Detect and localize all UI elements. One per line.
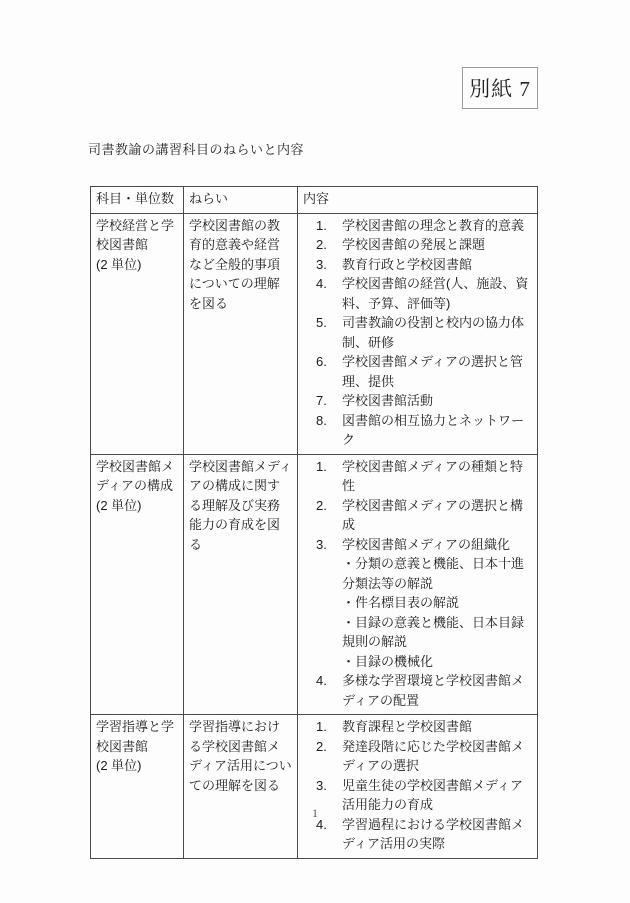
subject-units: (2 単位) [96, 255, 178, 275]
subject-units: (2 単位) [96, 496, 178, 516]
content-list: 1.学校図書館の理念と教育的意義2.学校図書館の発展と課題3.教育行政と学校図書… [303, 216, 532, 450]
content-item: 3.教育行政と学校図書館 [303, 255, 532, 275]
content-item: 5.司書教諭の役割と校内の協力体制、研修 [303, 313, 532, 352]
item-text: ・目録の機械化 [342, 652, 532, 672]
content-item: 2.発達段階に応じた学校図書館メディアの選択 [303, 737, 532, 776]
item-text: 学校図書館メディアの組織化 [342, 535, 532, 555]
content-subitem: ・目録の機械化 [303, 652, 532, 672]
content-item: 7.学校図書館活動 [303, 391, 532, 411]
item-text: 学校図書館の理念と教育的意義 [342, 216, 532, 236]
page-title: 司書教諭の講習科目のねらいと内容 [88, 139, 304, 158]
item-number [316, 613, 342, 652]
item-text: 司書教諭の役割と校内の協力体制、研修 [342, 313, 532, 352]
item-number: 7. [316, 391, 342, 411]
item-number: 2. [316, 496, 342, 535]
item-number: 3. [316, 255, 342, 275]
subject-cell: 学習指導と学校図書館 (2 単位) [91, 715, 184, 859]
content-item: 4.多様な学習環境と学校図書館メディアの配置 [303, 671, 532, 710]
content-cell: 1.学校図書館メディアの種類と特性2.学校図書館メディアの選択と構成3.学校図書… [298, 454, 538, 715]
item-number: 3. [316, 535, 342, 555]
item-number [316, 652, 342, 672]
item-text: ・件名標目表の解説 [342, 593, 532, 613]
course-table: 科目・単位数 ねらい 内容 学校経営と学校図書館 (2 単位) 学校図書館の教育… [90, 186, 538, 859]
item-number: 2. [316, 737, 342, 776]
aim-text: 学校図書館の教育的意義や経営など全般的事項についての理解を図る [189, 216, 292, 314]
item-number: 4. [316, 671, 342, 710]
header-aim: ねらい [184, 187, 298, 214]
item-text: 教育課程と学校図書館 [342, 717, 532, 737]
item-text: 学校図書館の経営(人、施設、資料、予算、評価等) [342, 274, 532, 313]
content-list: 1.学校図書館メディアの種類と特性2.学校図書館メディアの選択と構成3.学校図書… [303, 457, 532, 711]
page-number: 1 [0, 806, 630, 821]
content-item: 6.学校図書館メディアの選択と管理、提供 [303, 352, 532, 391]
document-page: 別紙 7 司書教諭の講習科目のねらいと内容 科目・単位数 ねらい 内容 学校経営… [0, 0, 630, 903]
subject-cell: 学校経営と学校図書館 (2 単位) [91, 213, 184, 454]
aim-cell: 学校図書館メディアの構成に関する理解及び実務能力の育成を図る [184, 454, 298, 715]
content-item: 1.教育課程と学校図書館 [303, 717, 532, 737]
table-header-row: 科目・単位数 ねらい 内容 [91, 187, 538, 214]
header-subject-units: 科目・単位数 [91, 187, 184, 214]
header-content: 内容 [298, 187, 538, 214]
item-text: 多様な学習環境と学校図書館メディアの配置 [342, 671, 532, 710]
item-number [316, 554, 342, 593]
content-item: 1.学校図書館の理念と教育的意義 [303, 216, 532, 236]
content-cell: 1.学校図書館の理念と教育的意義2.学校図書館の発展と課題3.教育行政と学校図書… [298, 213, 538, 454]
item-text: 発達段階に応じた学校図書館メディアの選択 [342, 737, 532, 776]
item-text: 学校図書館メディアの選択と構成 [342, 496, 532, 535]
content-item: 4.学校図書館の経営(人、施設、資料、予算、評価等) [303, 274, 532, 313]
subject-cell: 学校図書館メディアの構成 (2 単位) [91, 454, 184, 715]
subject-text: 学校経営と学校図書館 [96, 216, 178, 255]
item-number: 5. [316, 313, 342, 352]
aim-cell: 学校図書館の教育的意義や経営など全般的事項についての理解を図る [184, 213, 298, 454]
aim-text: 学校図書館メディアの構成に関する理解及び実務能力の育成を図る [189, 457, 292, 555]
content-list: 1.教育課程と学校図書館2.発達段階に応じた学校図書館メディアの選択3.児童生徒… [303, 717, 532, 854]
item-number: 6. [316, 352, 342, 391]
item-text: 学校図書館メディアの種類と特性 [342, 457, 532, 496]
item-number: 1. [316, 457, 342, 496]
aim-cell: 学習指導における学校図書館メディア活用についての理解を図る [184, 715, 298, 859]
content-item: 8.図書館の相互協力とネットワーク [303, 411, 532, 450]
item-text: 教育行政と学校図書館 [342, 255, 532, 275]
item-text: ・目録の意義と機能、日本目録規則の解説 [342, 613, 532, 652]
content-item: 1.学校図書館メディアの種類と特性 [303, 457, 532, 496]
subject-text: 学校図書館メディアの構成 [96, 457, 178, 496]
content-item: 2.学校図書館メディアの選択と構成 [303, 496, 532, 535]
content-item: 3.学校図書館メディアの組織化 [303, 535, 532, 555]
item-number: 8. [316, 411, 342, 450]
item-number: 4. [316, 274, 342, 313]
table-row: 学校経営と学校図書館 (2 単位) 学校図書館の教育的意義や経営など全般的事項に… [91, 213, 538, 454]
content-cell: 1.教育課程と学校図書館2.発達段階に応じた学校図書館メディアの選択3.児童生徒… [298, 715, 538, 859]
item-number: 2. [316, 235, 342, 255]
attachment-label-box: 別紙 7 [462, 67, 538, 109]
aim-text: 学習指導における学校図書館メディア活用についての理解を図る [189, 717, 292, 795]
item-number [316, 593, 342, 613]
content-subitem: ・目録の意義と機能、日本目録規則の解説 [303, 613, 532, 652]
item-text: 学校図書館の発展と課題 [342, 235, 532, 255]
item-number: 1. [316, 717, 342, 737]
subject-units: (2 単位) [96, 756, 178, 776]
table-body: 学校経営と学校図書館 (2 単位) 学校図書館の教育的意義や経営など全般的事項に… [91, 213, 538, 858]
content-subitem: ・分類の意義と機能、日本十進分類法等の解説 [303, 554, 532, 593]
table-row: 学校図書館メディアの構成 (2 単位) 学校図書館メディアの構成に関する理解及び… [91, 454, 538, 715]
subject-text: 学習指導と学校図書館 [96, 717, 178, 756]
item-number: 1. [316, 216, 342, 236]
content-subitem: ・件名標目表の解説 [303, 593, 532, 613]
content-item: 2.学校図書館の発展と課題 [303, 235, 532, 255]
table-row: 学習指導と学校図書館 (2 単位) 学習指導における学校図書館メディア活用につい… [91, 715, 538, 859]
item-text: 学校図書館活動 [342, 391, 532, 411]
item-text: ・分類の意義と機能、日本十進分類法等の解説 [342, 554, 532, 593]
item-text: 図書館の相互協力とネットワーク [342, 411, 532, 450]
attachment-label: 別紙 7 [469, 73, 531, 103]
item-text: 学校図書館メディアの選択と管理、提供 [342, 352, 532, 391]
